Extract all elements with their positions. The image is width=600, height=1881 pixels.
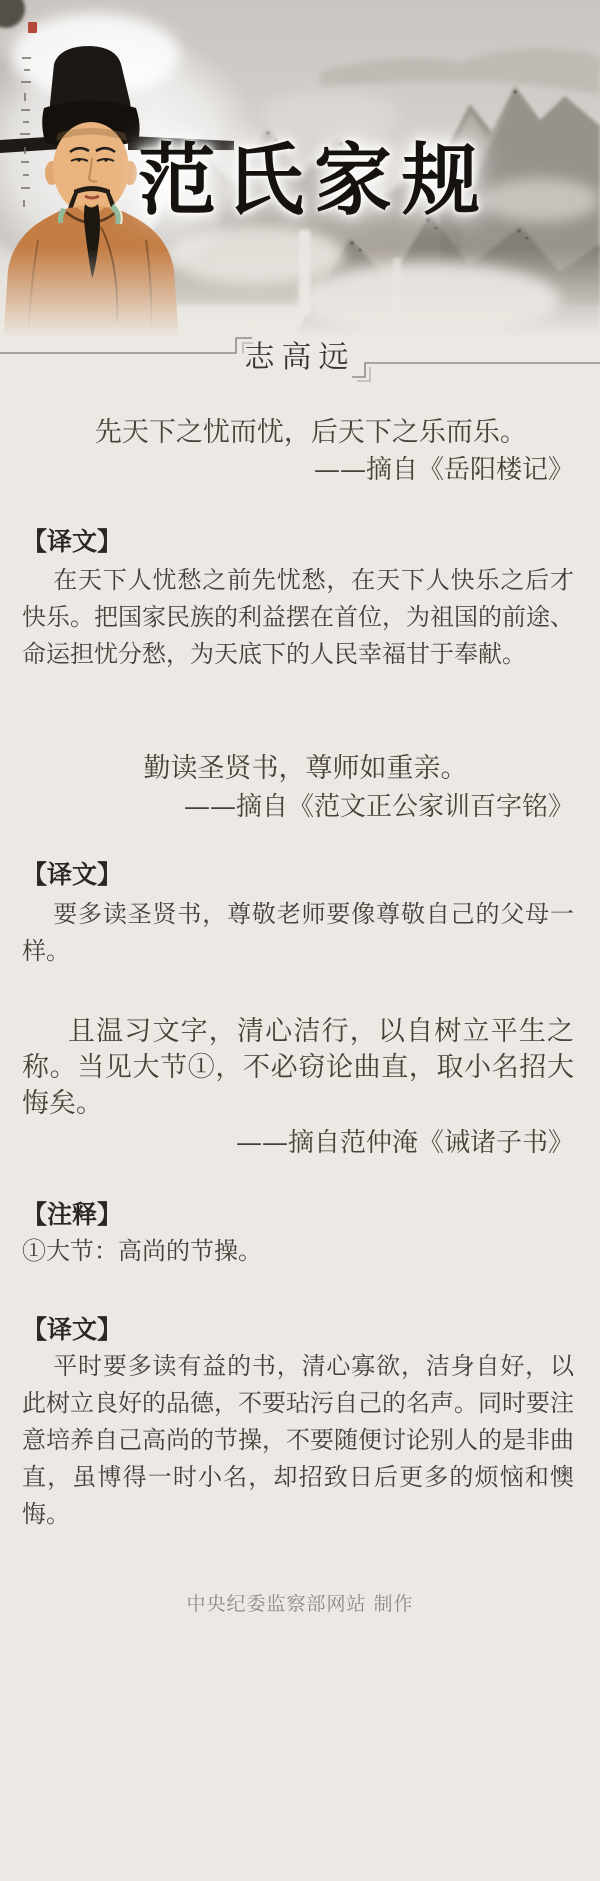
quote-attribution: ——摘自《范文正公家训百字铭》 [22, 790, 574, 824]
header-banner: 范氏家规 [0, 0, 600, 360]
section-title: 志高远 [0, 341, 600, 375]
quote-text: 先天下之忧而忧，后天下之乐而乐。 [22, 415, 574, 451]
quote-text: 勤读圣贤书，尊师如重亲。 [22, 751, 574, 787]
translation-text: 要多读圣贤书，尊敬老师要像尊敬自己的父母一样。 [22, 896, 574, 970]
footer-credit: 中央纪委监察部网站 制作 [0, 1589, 600, 1616]
translation-heading: 【译文】 [22, 526, 122, 558]
seal-icon [28, 22, 37, 33]
page-title: 范氏家规 [138, 142, 490, 220]
quote-attribution: ——摘自范仲淹《诫诸子书》 [22, 1126, 574, 1160]
infographic-page: 范氏家规 志高远 先天下之忧而忧，后天下之乐而乐。 ——摘自《岳阳楼记》 【译文… [0, 0, 600, 1881]
quote-attribution: ——摘自《岳阳楼记》 [22, 453, 574, 487]
translation-text: 平时要多读有益的书，清心寡欲，洁身自好，以此树立良好的品德，不要玷污自己的名声。… [22, 1348, 574, 1533]
section-title-row: 志高远 [0, 330, 600, 390]
note-heading: 【注释】 [22, 1199, 122, 1231]
quote-text: 且温习文字，清心洁行，以自树立平生之称。当见大节①，不必窃论曲直，取小名招大悔矣… [22, 1014, 574, 1122]
translation-text: 在天下人忧愁之前先忧愁，在天下人快乐之后才快乐。把国家民族的利益摆在首位，为祖国… [22, 562, 574, 673]
translation-heading: 【译文】 [22, 859, 122, 891]
translation-heading: 【译文】 [22, 1314, 122, 1346]
note-text: ①大节：高尚的节操。 [22, 1234, 574, 1268]
